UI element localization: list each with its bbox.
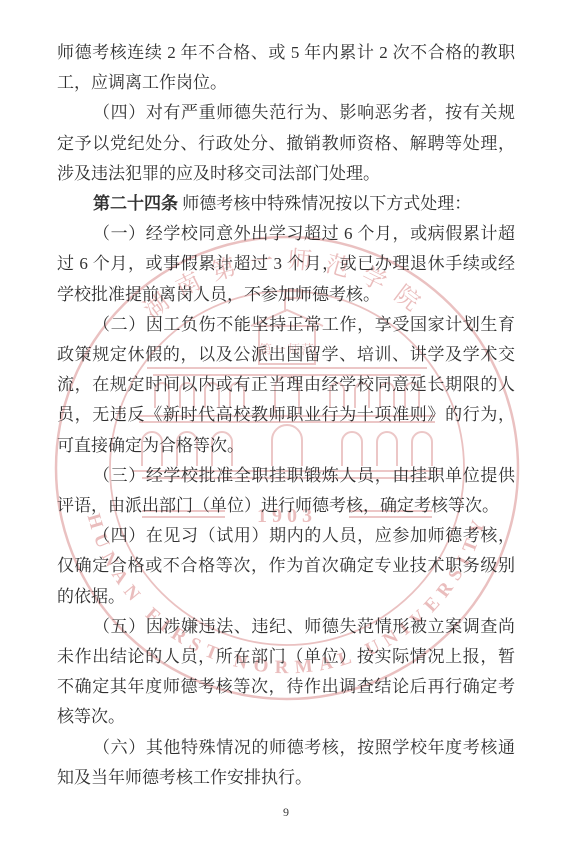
article-text: 师德考核中特殊情况按以下方式处理： [178,194,471,213]
paragraph-item-4: （四）在见习（试用）期内的人员，应参加师德考核，仅确定合格或不合格等次，作为首次… [57,521,515,612]
paragraph-article-24: 第二十四条 师德考核中特殊情况按以下方式处理： [57,189,515,219]
paragraph-item-5: （五）因涉嫌违法、违纪、师德失范情形被立案调查尚未作出结论的人员，所在部门（单位… [57,612,515,733]
paragraph-item-4-prev: （四）对有严重师德失范行为、影响恶劣者，按有关规定予以党纪处分、行政处分、撤销教… [57,98,515,189]
paragraph-item-6: （六）其他特殊情况的师德考核，按照学校年度考核通知及当年师德考核工作安排执行。 [57,733,515,793]
paragraph-continuation: 师德考核连续 2 年不合格、或 5 年内累计 2 次不合格的教职工，应调离工作岗… [57,38,515,98]
page-number: 9 [0,805,572,820]
paragraph-item-2: （二）因工负伤不能坚持正常工作，享受国家计划生育政策规定休假的，以及公派出国留学… [57,310,515,461]
document-content: 师德考核连续 2 年不合格、或 5 年内累计 2 次不合格的教职工，应调离工作岗… [0,0,572,793]
article-number: 第二十四条 [93,194,178,213]
paragraph-item-1: （一）经学校同意外出学习超过 6 个月，或病假累计超过 6 个月，或事假累计超过… [57,219,515,310]
paragraph-item-3: （三）经学校批准全职挂职锻炼人员，由挂职单位提供评语，由派出部门（单位）进行师德… [57,461,515,521]
document-page: 湖南第一师范学院 HUNAN FIRST NORMAL UNIVERSITY 第… [0,0,572,863]
